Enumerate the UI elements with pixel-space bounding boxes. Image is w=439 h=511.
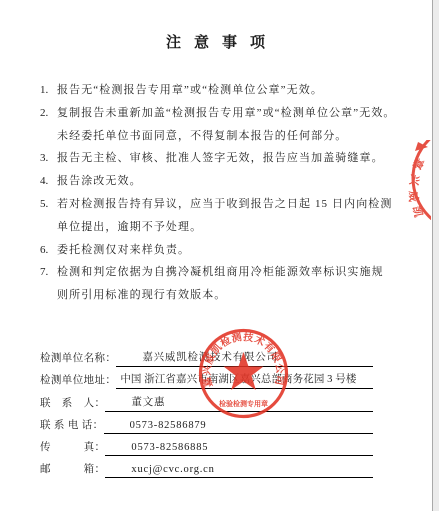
company-seal: 嘉兴威凯检测技术有限公司 检验检测专用章 <box>197 327 290 420</box>
form-value: xucj@cvc.org.cn <box>105 464 214 475</box>
seam-stamp-char: 凯 <box>410 205 426 219</box>
form-value: 0573-82586885 <box>105 442 208 453</box>
notice-item: 5. 若对检测报告持有异议，应当于收到报告之日起 15 日内向检测单位提出，逾期… <box>40 193 420 239</box>
notice-line: 报告涂改无效。 <box>57 170 420 193</box>
notice-item-text: 报告涂改无效。 <box>57 170 420 193</box>
form-label: 检测单位名称： <box>40 350 116 367</box>
form-underline: xucj@cvc.org.cn <box>105 464 373 478</box>
notice-item-text: 复制报告未重新加盖“检测报告专用章”或“检测单位公章”无效。未经委托单位书面同意… <box>57 102 420 148</box>
form-row: 传 真： 0573-82586885 <box>40 434 373 456</box>
notice-item: 6. 委托检测仅对来样负责。 <box>40 239 420 262</box>
notice-item-number: 5. <box>40 193 57 239</box>
form-label: 传 真： <box>40 439 105 456</box>
notice-item-text: 委托检测仅对来样负责。 <box>57 239 420 262</box>
notice-item-number: 1. <box>40 79 57 102</box>
notice-item: 7. 检测和判定依据为自携冷凝机组商用冷柜能源效率标识实施规则所引用标准的现行有… <box>40 261 420 307</box>
notice-line: 报告无“检测报告专用章”或“检测单位公章”无效。 <box>57 79 420 102</box>
notice-line: 报告无主检、审核、批准人签字无效，报告应当加盖骑缝章。 <box>57 147 420 170</box>
form-label: 联 系 人： <box>40 395 105 412</box>
form-underline: 0573-82586885 <box>105 442 373 456</box>
form-label: 联 系 电 话： <box>40 417 104 434</box>
notice-item-number: 7. <box>40 261 57 307</box>
form-label: 检测单位地址： <box>40 372 116 389</box>
notice-line: 若对检测报告持有异议，应当于收到报告之日起 15 日内向检测 <box>57 193 420 216</box>
notice-line: 单位提出，逾期不予处理。 <box>57 216 420 239</box>
notice-item-number: 2. <box>40 102 57 148</box>
form-label: 邮 箱： <box>40 461 105 478</box>
notice-item: 3. 报告无主检、审核、批准人签字无效，报告应当加盖骑缝章。 <box>40 147 420 170</box>
notice-item: 4. 报告涂改无效。 <box>40 170 420 193</box>
page-title: 注意事项 <box>0 31 431 52</box>
notice-line: 复制报告未重新加盖“检测报告专用章”或“检测单位公章”无效。 <box>57 102 420 125</box>
form-value: 0573-82586879 <box>104 420 207 431</box>
notice-item-number: 6. <box>40 239 57 262</box>
notice-item-text: 报告无主检、审核、批准人签字无效，报告应当加盖骑缝章。 <box>57 147 420 170</box>
seam-stamp-char: 兴 <box>407 173 422 187</box>
notice-item-text: 检测和判定依据为自携冷凝机组商用冷柜能源效率标识实施规则所引用标准的现行有效版本… <box>57 261 420 307</box>
notice-item: 1. 报告无“检测报告专用章”或“检测单位公章”无效。 <box>40 79 420 102</box>
notice-item-number: 4. <box>40 170 57 193</box>
viewer-gutter <box>432 0 439 511</box>
seam-stamp: 嘉兴威凯 <box>403 140 431 220</box>
seal-star-icon <box>224 352 264 390</box>
seam-stamp-char: 威 <box>407 191 421 202</box>
notice-line: 未经委托单位书面同意，不得复制本报告的任何部分。 <box>57 125 420 148</box>
notice-line: 检测和判定依据为自携冷凝机组商用冷柜能源效率标识实施规 <box>57 261 420 284</box>
notice-item-number: 3. <box>40 147 57 170</box>
seal-caption: 检验检测专用章 <box>219 399 268 408</box>
form-value: 董文惠 <box>105 394 165 409</box>
notice-line: 则所引用标准的现行有效版本。 <box>57 284 420 307</box>
notice-item-text: 报告无“检测报告专用章”或“检测单位公章”无效。 <box>57 79 420 102</box>
form-row: 邮 箱： xucj@cvc.org.cn <box>40 456 373 478</box>
notice-item: 2. 复制报告未重新加盖“检测报告专用章”或“检测单位公章”无效。未经委托单位书… <box>40 102 420 148</box>
notice-line: 委托检测仅对来样负责。 <box>57 239 420 262</box>
notice-list: 1. 报告无“检测报告专用章”或“检测单位公章”无效。 2. 复制报告未重新加盖… <box>40 79 420 307</box>
notice-item-text: 若对检测报告持有异议，应当于收到报告之日起 15 日内向检测单位提出，逾期不予处… <box>57 193 420 239</box>
form-underline: 0573-82586879 <box>104 420 373 434</box>
